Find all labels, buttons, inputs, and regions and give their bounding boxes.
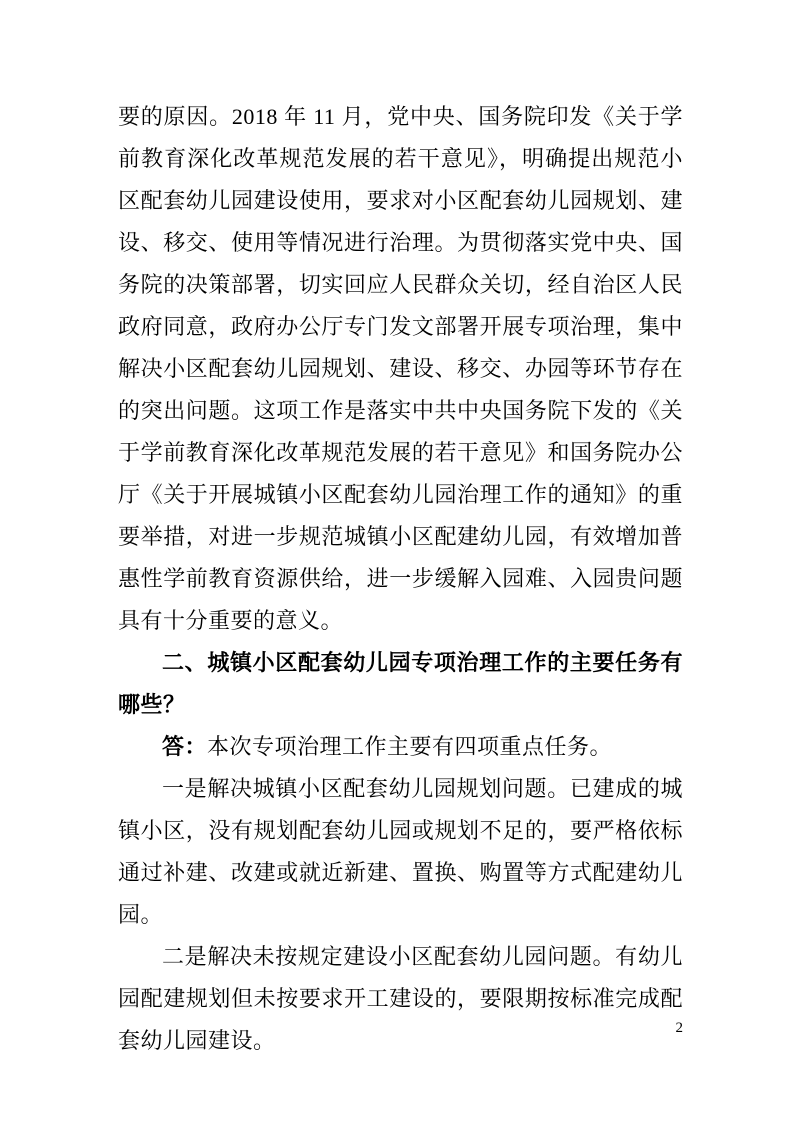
answer-paragraph: 答：本次专项治理工作主要有四项重点任务。 <box>118 726 683 768</box>
paragraph-continuation: 要的原因。2018 年 11 月，党中央、国务院印发《关于学前教育深化改革规范发… <box>118 96 683 642</box>
answer-text: 本次专项治理工作主要有四项重点任务。 <box>207 734 612 759</box>
document-page: 要的原因。2018 年 11 月，党中央、国务院印发《关于学前教育深化改革规范发… <box>0 0 793 1122</box>
section-heading: 二、城镇小区配套幼儿园专项治理工作的主要任务有哪些？ <box>118 642 683 726</box>
task-paragraph-2: 二是解决未按规定建设小区配套幼儿园问题。有幼儿园配建规划但未按要求开工建设的，要… <box>118 936 683 1062</box>
task-paragraph-1: 一是解决城镇小区配套幼儿园规划问题。已建成的城镇小区，没有规划配套幼儿园或规划不… <box>118 768 683 936</box>
page-number: 2 <box>118 1018 683 1038</box>
answer-label: 答： <box>162 734 207 759</box>
document-body: 要的原因。2018 年 11 月，党中央、国务院印发《关于学前教育深化改革规范发… <box>118 96 683 1062</box>
